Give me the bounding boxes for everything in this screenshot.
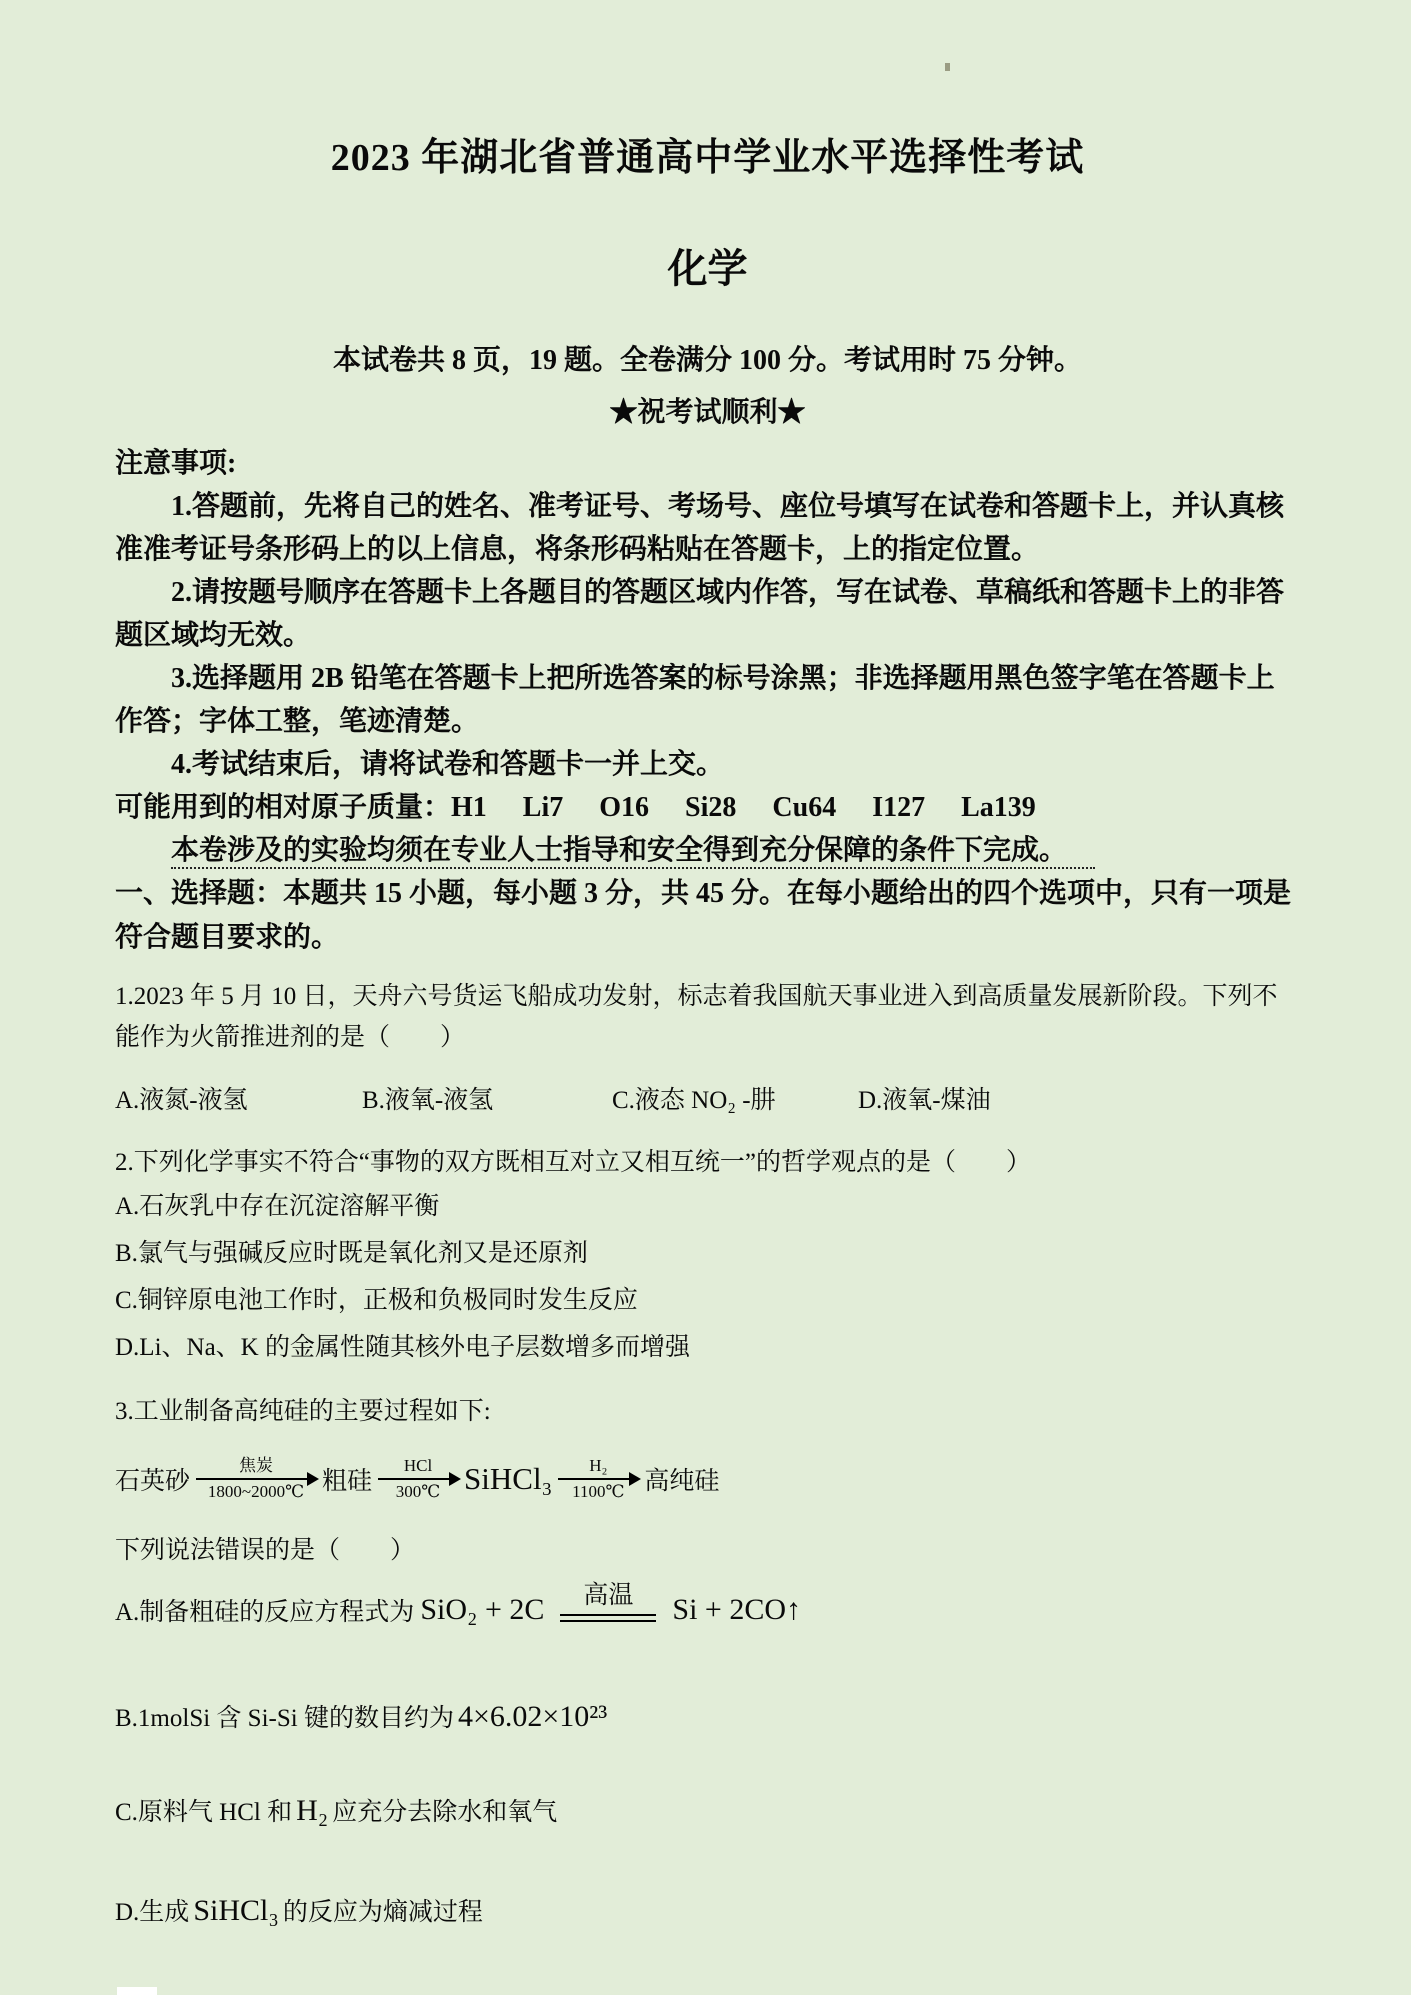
question-1-stem: 1.2023 年 5 月 10 日，天舟六号货运飞船成功发射，标志着我国航天事业… <box>115 976 1300 1058</box>
atomic-mass-value: Li7 <box>523 792 563 823</box>
question-3-option-c: C.原料气 HCl 和H₂应充分去除水和氧气 <box>115 1788 1300 1836</box>
process-node-sihcl3: SiHCl₃ <box>464 1461 552 1497</box>
arrow-bottom-label: 300℃ <box>396 1482 441 1502</box>
atomic-masses-label: 可能用到的相对原子质量： <box>115 792 451 823</box>
option-d-text: D.生成 <box>115 1899 189 1926</box>
question-1-options: A.液氮-液氢 B.液氧-液氢 C.液态 NO₂ -肼 D.液氧-煤油 <box>115 1080 1300 1116</box>
question-3-option-d: D.生成SiHCl₃的反应为熵减过程 <box>115 1888 1300 1936</box>
process-node-crude-silicon: 粗硅 <box>322 1461 372 1497</box>
process-step-1: 焦炭 1800~2000℃ <box>196 1456 316 1502</box>
option-d-text-2: 的反应为熵减过程 <box>283 1899 483 1926</box>
atomic-mass-value: I127 <box>872 792 925 823</box>
atomic-mass-value: H1 <box>451 792 487 823</box>
exam-paper-page: 2023 年湖北省普通高中学业水平选择性考试 化学 本试卷共 8 页，19 题。… <box>0 0 1411 1995</box>
question-2-option-a: A.石灰乳中存在沉淀溶解平衡 <box>115 1184 1300 1230</box>
notice-item-4: 4.考试结束后，请将试卷和答题卡一并上交。 <box>115 743 1300 786</box>
exam-subject: 化学 <box>115 237 1300 294</box>
question-2-option-b: B.氯气与强碱反应时既是氧化剂又是还原剂 <box>115 1231 1300 1277</box>
arrow-bottom-label: 1800~2000℃ <box>208 1482 304 1502</box>
arrow-right-icon <box>196 1478 316 1480</box>
option-c-text: C.原料气 HCl 和 <box>115 1799 292 1826</box>
stray-mark-bottom <box>117 1987 157 1995</box>
equation-rhs: Si + 2CO↑ <box>672 1593 801 1627</box>
arrow-top-label: H₂ <box>589 1456 607 1476</box>
process-step-2: HCl 300℃ <box>378 1456 458 1502</box>
question-1-option-a: A.液氮-液氢 <box>115 1080 362 1116</box>
process-node-pure-silicon: 高纯硅 <box>644 1461 719 1497</box>
notice-item-1: 1.答题前，先将自己的姓名、准考证号、考场号、座位号填写在试卷和答题卡上，并认真… <box>115 485 1300 571</box>
question-1-option-b: B.液氧-液氢 <box>362 1080 612 1116</box>
notice-item-2: 2.请按题号顺序在答题卡上各题目的答题区域内作答，写在试卷、草稿纸和答题卡上的非… <box>115 571 1300 657</box>
question-2: 2.下列化学事实不符合“事物的双方既相互对立又相互统一”的哲学观点的是（ ） A… <box>115 1142 1300 1371</box>
equation-lhs: SiO₂ + 2C <box>420 1593 544 1627</box>
stray-mark-top <box>945 63 950 71</box>
safety-note-text: 本卷涉及的实验均须在专业人士指导和安全得到充分保障的条件下完成。 <box>171 835 1095 869</box>
atomic-masses-line: 可能用到的相对原子质量：H1Li7O16Si28Cu64I127La139 <box>115 786 1300 829</box>
question-3-option-a: A.制备粗硅的反应方程式为 SiO₂ + 2C 高温 Si + 2CO↑ <box>115 1589 1300 1630</box>
option-c-math: H₂ <box>296 1794 328 1827</box>
option-b-math: 4×6.02×10²³ <box>458 1700 607 1733</box>
arrow-bottom-label: 1100℃ <box>572 1482 624 1502</box>
exam-wish-line: ★祝考试顺利★ <box>115 390 1300 430</box>
question-1-option-c: C.液态 NO₂ -肼 <box>612 1080 858 1116</box>
reaction-condition: 高温 <box>560 1581 656 1622</box>
option-a-text: A.制备粗硅的反应方程式为 <box>115 1592 414 1628</box>
arrow-top-label: 焦炭 <box>239 1456 273 1476</box>
question-2-option-c: C.铜锌原电池工作时，正极和负极同时发生反应 <box>115 1278 1300 1324</box>
atomic-mass-value: Si28 <box>685 792 736 823</box>
question-3-option-b: B.1molSi 含 Si-Si 键的数目约为4×6.02×10²³ <box>115 1694 1300 1742</box>
silicon-process-diagram: 石英砂 焦炭 1800~2000℃ 粗硅 HCl 300℃ SiHCl₃ H₂ … <box>115 1456 1300 1502</box>
question-1-option-d: D.液氧-煤油 <box>858 1080 1300 1116</box>
arrow-right-icon <box>378 1478 458 1480</box>
exam-meta-line: 本试卷共 8 页，19 题。全卷满分 100 分。考试用时 75 分钟。 <box>115 338 1300 378</box>
arrow-right-icon <box>558 1478 638 1480</box>
notice-item-3: 3.选择题用 2B 铅笔在答题卡上把所选答案的标号涂黑；非选择题用黑色签字笔在答… <box>115 657 1300 743</box>
question-3-ask: 下列说法错误的是（ ） <box>115 1530 1300 1571</box>
question-2-stem: 2.下列化学事实不符合“事物的双方既相互对立又相互统一”的哲学观点的是（ ） <box>115 1142 1300 1183</box>
question-3: 3.工业制备高纯硅的主要过程如下: 石英砂 焦炭 1800~2000℃ 粗硅 H… <box>115 1391 1300 1936</box>
question-1: 1.2023 年 5 月 10 日，天舟六号货运飞船成功发射，标志着我国航天事业… <box>115 976 1300 1116</box>
notice-heading: 注意事项: <box>115 442 1300 485</box>
section-1-heading: 一、选择题：本题共 15 小题，每小题 3 分，共 45 分。在每小题给出的四个… <box>115 872 1300 960</box>
double-line-icon <box>560 1614 656 1622</box>
atomic-mass-value: O16 <box>599 792 649 823</box>
condition-label: 高温 <box>583 1581 633 1611</box>
question-3-stem: 3.工业制备高纯硅的主要过程如下: <box>115 1391 1300 1432</box>
arrow-top-label: HCl <box>404 1456 432 1476</box>
option-b-text: B.1molSi 含 Si-Si 键的数目约为 <box>115 1705 454 1732</box>
atomic-mass-value: La139 <box>961 792 1036 823</box>
safety-note-line: 本卷涉及的实验均须在专业人士指导和安全得到充分保障的条件下完成。 <box>115 829 1300 872</box>
exam-title: 2023 年湖北省普通高中学业水平选择性考试 <box>115 126 1300 181</box>
process-step-3: H₂ 1100℃ <box>558 1456 638 1502</box>
question-2-option-d: D.Li、Na、K 的金属性随其核外电子层数增多而增强 <box>115 1325 1300 1371</box>
option-c-text-2: 应充分去除水和氧气 <box>332 1799 557 1826</box>
process-start: 石英砂 <box>115 1461 190 1497</box>
option-d-math: SiHCl₃ <box>193 1894 279 1927</box>
notice-section: 注意事项: 1.答题前，先将自己的姓名、准考证号、考场号、座位号填写在试卷和答题… <box>115 442 1300 786</box>
atomic-mass-value: Cu64 <box>772 792 836 823</box>
